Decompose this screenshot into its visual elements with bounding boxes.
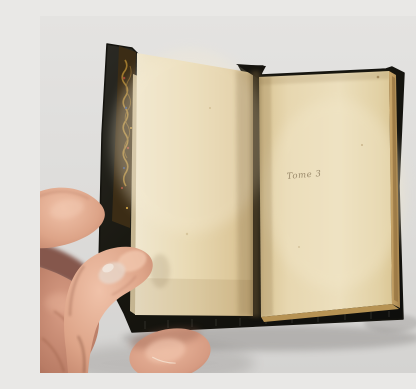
- gutter-shadow: [251, 71, 260, 317]
- book: Tome 3: [99, 44, 405, 332]
- photo-canvas: Tome 3: [40, 16, 416, 373]
- thumb-contact-shadow: [150, 254, 170, 288]
- right-page: [259, 71, 405, 317]
- photo-hand-holding-open-antique-book: Tome 3: [40, 16, 416, 373]
